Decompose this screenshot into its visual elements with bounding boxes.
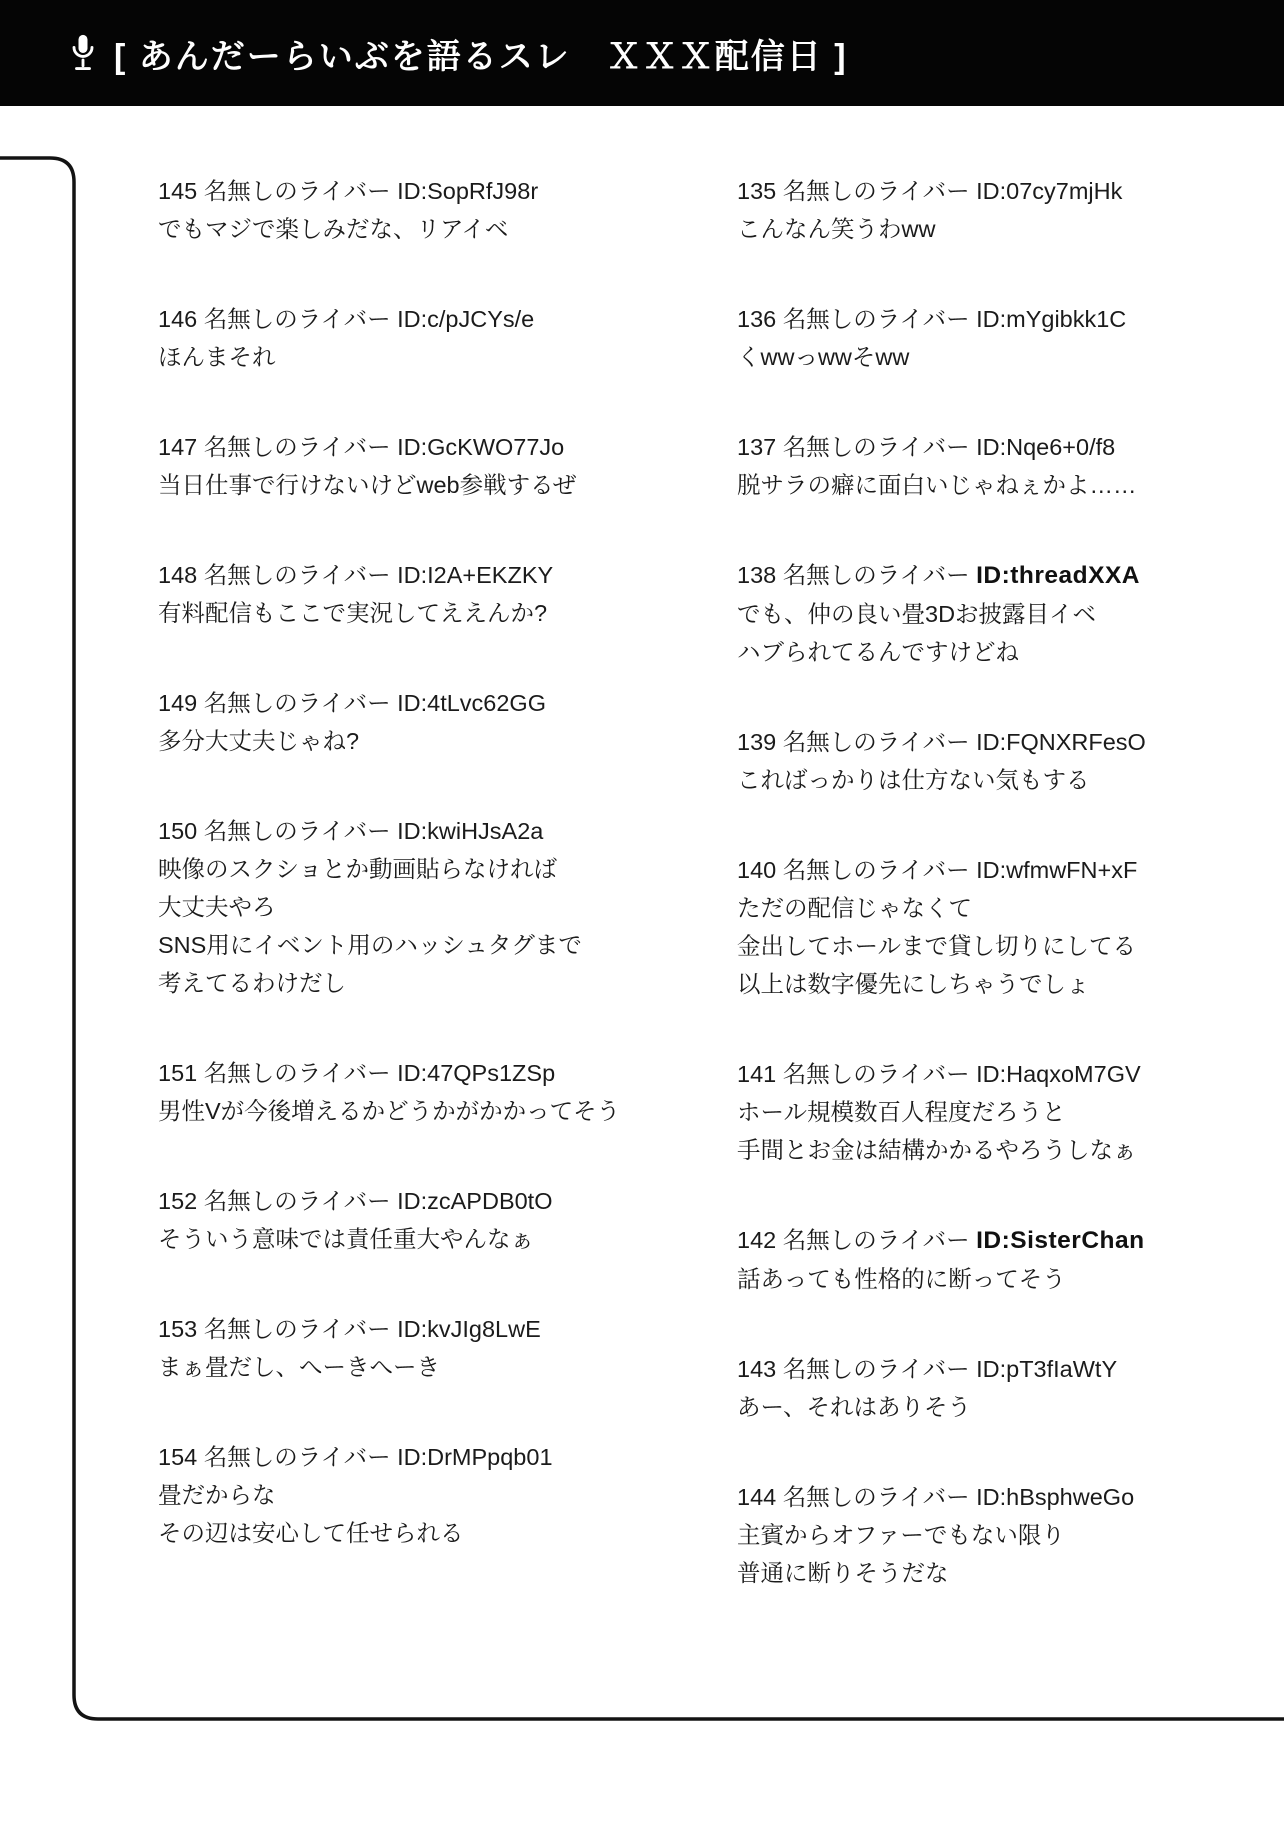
post-number-and-name: 154 名無しのライバー [158, 1444, 397, 1470]
post-id: ID:4tLvc62GG [397, 690, 546, 716]
post: 138 名無しのライバー ID:threadXXAでも、仲の良い畳3Dお披露目イ… [737, 556, 1146, 671]
post: 140 名無しのライバー ID:wfmwFN+xFただの配信じゃなくて金出してホ… [737, 851, 1146, 1003]
post-line: 考えてるわけだし [158, 964, 620, 1002]
post-number-and-name: 135 名無しのライバー [737, 178, 976, 204]
post-line: まぁ畳だし、へーきへーき [158, 1348, 620, 1386]
posts-column-left: 145 名無しのライバー ID:SopRfJ98rでもマジで楽しみだな、リアイベ… [158, 172, 620, 1604]
post-header: 147 名無しのライバー ID:GcKWO77Jo [158, 428, 620, 466]
post: 151 名無しのライバー ID:47QPs1ZSp男性Vが今後増えるかどうかがか… [158, 1054, 620, 1130]
post: 141 名無しのライバー ID:HaqxoM7GVホール規模数百人程度だろうと手… [737, 1055, 1146, 1169]
post-id: ID:kvJIg8LwE [397, 1316, 541, 1342]
post-header: 148 名無しのライバー ID:I2A+EKZKY [158, 556, 620, 594]
post-number-and-name: 141 名無しのライバー [737, 1061, 976, 1087]
post-line: 普通に断りそうだな [737, 1554, 1146, 1592]
post-header: 140 名無しのライバー ID:wfmwFN+xF [737, 851, 1146, 889]
post-id: ID:I2A+EKZKY [397, 562, 553, 588]
post-line: ハブられてるんですけどね [737, 633, 1146, 671]
post-id: ID:GcKWO77Jo [397, 434, 564, 460]
post-line: あー、それはありそう [737, 1388, 1146, 1426]
post-number-and-name: 150 名無しのライバー [158, 818, 397, 844]
post: 152 名無しのライバー ID:zcAPDB0tOそういう意味では責任重大やんな… [158, 1182, 620, 1258]
post-line: その辺は安心して任せられる [158, 1514, 620, 1552]
post-number-and-name: 140 名無しのライバー [737, 857, 976, 883]
thread-title: [ あんだーらいぶを語るスレ ＸＸＸ配信日 ] [114, 29, 848, 78]
post-header: 138 名無しのライバー ID:threadXXA [737, 556, 1146, 595]
post-id: ID:kwiHJsA2a [397, 818, 543, 844]
post-header: 150 名無しのライバー ID:kwiHJsA2a [158, 812, 620, 850]
post-id: ID:07cy7mjHk [976, 178, 1122, 204]
post-number-and-name: 151 名無しのライバー [158, 1060, 397, 1086]
post-line: でもマジで楽しみだな、リアイベ [158, 210, 620, 248]
post-line: 畳だからな [158, 1476, 620, 1514]
post-line: 男性Vが今後増えるかどうかがかかってそう [158, 1092, 620, 1130]
post-line: 金出してホールまで貸し切りにしてる [737, 927, 1146, 965]
post-header: 139 名無しのライバー ID:FQNXRFesO [737, 723, 1146, 761]
post-id: ID:wfmwFN+xF [976, 857, 1137, 883]
post-id: ID:hBsphweGo [976, 1484, 1134, 1510]
post-id: ID:SisterChan [976, 1227, 1145, 1254]
post-line: 映像のスクショとか動画貼らなければ [158, 850, 620, 888]
post-header: 144 名無しのライバー ID:hBsphweGo [737, 1478, 1146, 1516]
post-header: 145 名無しのライバー ID:SopRfJ98r [158, 172, 620, 210]
post: 146 名無しのライバー ID:c/pJCYs/eほんまそれ [158, 300, 620, 376]
post: 149 名無しのライバー ID:4tLvc62GG多分大丈夫じゃね? [158, 684, 620, 760]
post-line: ほんまそれ [158, 338, 620, 376]
post-number-and-name: 149 名無しのライバー [158, 690, 397, 716]
post-number-and-name: 148 名無しのライバー [158, 562, 397, 588]
post-number-and-name: 146 名無しのライバー [158, 306, 397, 332]
post-line: 手間とお金は結構かかるやろうしなぁ [737, 1131, 1146, 1169]
post-number-and-name: 152 名無しのライバー [158, 1188, 397, 1214]
post-header: 151 名無しのライバー ID:47QPs1ZSp [158, 1054, 620, 1092]
post-header: 149 名無しのライバー ID:4tLvc62GG [158, 684, 620, 722]
post-header: 146 名無しのライバー ID:c/pJCYs/e [158, 300, 620, 338]
post: 150 名無しのライバー ID:kwiHJsA2a映像のスクショとか動画貼らなけ… [158, 812, 620, 1002]
post-header: 154 名無しのライバー ID:DrMPpqb01 [158, 1438, 620, 1476]
post-id: ID:47QPs1ZSp [397, 1060, 555, 1086]
post-line: 主賓からオファーでもない限り [737, 1516, 1146, 1554]
post-number-and-name: 147 名無しのライバー [158, 434, 397, 460]
post-number-and-name: 143 名無しのライバー [737, 1356, 976, 1382]
post-id: ID:threadXXA [976, 562, 1140, 589]
post-line: 有料配信もここで実況してええんか? [158, 594, 620, 632]
post: 153 名無しのライバー ID:kvJIg8LwEまぁ畳だし、へーきへーき [158, 1310, 620, 1386]
post: 144 名無しのライバー ID:hBsphweGo主賓からオファーでもない限り普… [737, 1478, 1146, 1592]
post: 135 名無しのライバー ID:07cy7mjHkこんなん笑うわww [737, 172, 1146, 248]
post-line: 以上は数字優先にしちゃうでしょ [737, 965, 1146, 1003]
posts-column-right: 135 名無しのライバー ID:07cy7mjHkこんなん笑うわww136 名無… [737, 172, 1146, 1644]
post-header: 136 名無しのライバー ID:mYgibkk1C [737, 300, 1146, 338]
post-id: ID:FQNXRFesO [976, 729, 1146, 755]
post: 142 名無しのライバー ID:SisterChan話あっても性格的に断ってそう [737, 1221, 1146, 1298]
post-id: ID:HaqxoM7GV [976, 1061, 1141, 1087]
post-number-and-name: 153 名無しのライバー [158, 1316, 397, 1342]
post-header: 141 名無しのライバー ID:HaqxoM7GV [737, 1055, 1146, 1093]
post-header: 137 名無しのライバー ID:Nqe6+0/f8 [737, 428, 1146, 466]
post-line: こればっかりは仕方ない気もする [737, 761, 1146, 799]
post-line: こんなん笑うわww [737, 210, 1146, 248]
post-header: 152 名無しのライバー ID:zcAPDB0tO [158, 1182, 620, 1220]
post: 154 名無しのライバー ID:DrMPpqb01畳だからなその辺は安心して任せ… [158, 1438, 620, 1552]
post-header: 135 名無しのライバー ID:07cy7mjHk [737, 172, 1146, 210]
post-line: でも、仲の良い畳3Dお披露目イベ [737, 595, 1146, 633]
post: 148 名無しのライバー ID:I2A+EKZKY有料配信もここで実況してええん… [158, 556, 620, 632]
post-line: くwwっwwそww [737, 338, 1146, 376]
post-line: 脱サラの癖に面白いじゃねぇかよ…… [737, 466, 1146, 504]
post-number-and-name: 145 名無しのライバー [158, 178, 397, 204]
post-number-and-name: 138 名無しのライバー [737, 562, 976, 588]
post-header: 143 名無しのライバー ID:pT3fIaWtY [737, 1350, 1146, 1388]
post-line: 話あっても性格的に断ってそう [737, 1260, 1146, 1298]
post-id: ID:Nqe6+0/f8 [976, 434, 1115, 460]
post-id: ID:zcAPDB0tO [397, 1188, 552, 1214]
post-header: 142 名無しのライバー ID:SisterChan [737, 1221, 1146, 1260]
post-number-and-name: 137 名無しのライバー [737, 434, 976, 460]
post-id: ID:SopRfJ98r [397, 178, 538, 204]
post-number-and-name: 136 名無しのライバー [737, 306, 976, 332]
post-id: ID:pT3fIaWtY [976, 1356, 1117, 1382]
post: 136 名無しのライバー ID:mYgibkk1Cくwwっwwそww [737, 300, 1146, 376]
microphone-icon [68, 33, 98, 73]
post: 143 名無しのライバー ID:pT3fIaWtYあー、それはありそう [737, 1350, 1146, 1426]
post: 137 名無しのライバー ID:Nqe6+0/f8脱サラの癖に面白いじゃねぇかよ… [737, 428, 1146, 504]
post-line: ホール規模数百人程度だろうと [737, 1093, 1146, 1131]
post-line: 多分大丈夫じゃね? [158, 722, 620, 760]
post-line: そういう意味では責任重大やんなぁ [158, 1220, 620, 1258]
post-line: 大丈夫やろ [158, 888, 620, 926]
post-line: 当日仕事で行けないけどweb参戦するぜ [158, 466, 620, 504]
post-number-and-name: 144 名無しのライバー [737, 1484, 976, 1510]
post-header: 153 名無しのライバー ID:kvJIg8LwE [158, 1310, 620, 1348]
post-number-and-name: 139 名無しのライバー [737, 729, 976, 755]
post-id: ID:c/pJCYs/e [397, 306, 534, 332]
post-id: ID:mYgibkk1C [976, 306, 1126, 332]
thread-title-bar: [ あんだーらいぶを語るスレ ＸＸＸ配信日 ] [0, 0, 1284, 106]
post-line: ただの配信じゃなくて [737, 889, 1146, 927]
post-number-and-name: 142 名無しのライバー [737, 1227, 976, 1253]
post: 145 名無しのライバー ID:SopRfJ98rでもマジで楽しみだな、リアイベ [158, 172, 620, 248]
post-line: SNS用にイベント用のハッシュタグまで [158, 926, 620, 964]
post-id: ID:DrMPpqb01 [397, 1444, 552, 1470]
post: 139 名無しのライバー ID:FQNXRFesOこればっかりは仕方ない気もする [737, 723, 1146, 799]
post: 147 名無しのライバー ID:GcKWO77Jo当日仕事で行けないけどweb参… [158, 428, 620, 504]
